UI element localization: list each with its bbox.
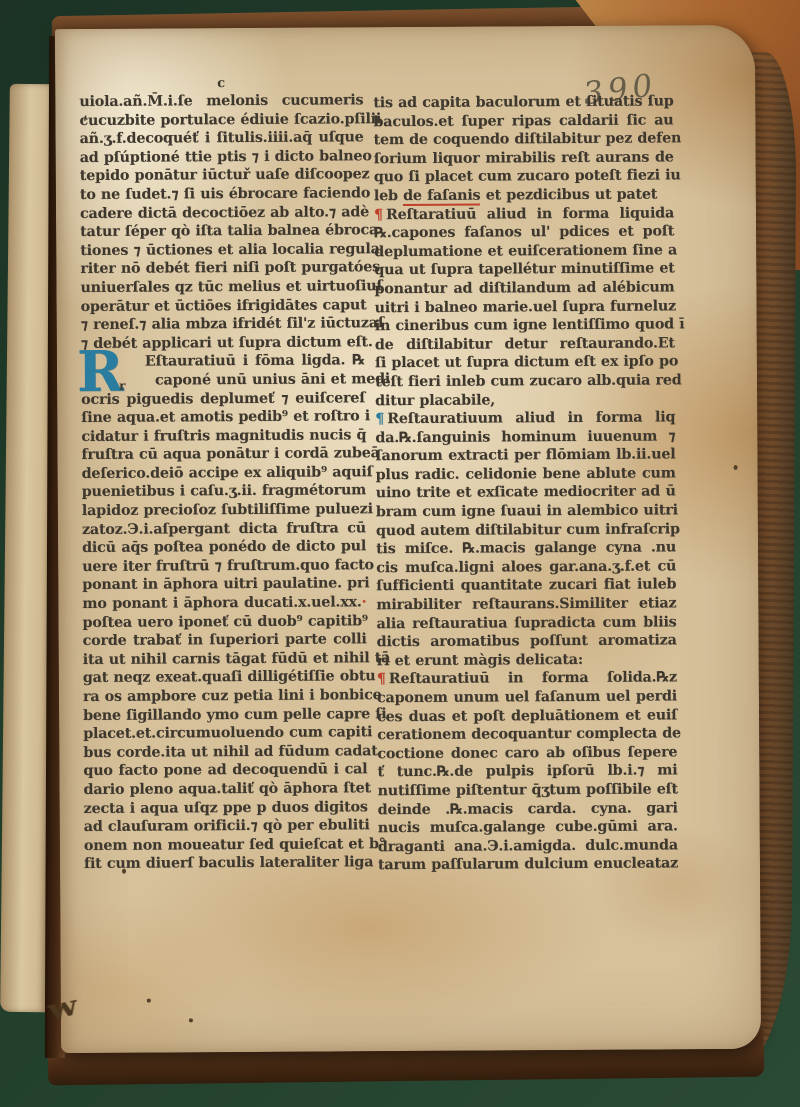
text-line: bram cum igne ſuaui in alembico uitri [376,501,676,521]
wormhole [734,465,738,470]
text-segment: deinde .℞.macis carda. cyna. gari [378,800,678,818]
text-line: in cineribus cum igne lentiſſimo quod ī [375,315,675,335]
text-segment: et pezdicibus ut patet [480,186,657,203]
text-line: operātur et ūctiōes ifrigidātes caput [81,296,365,316]
text-line: ſanorum extracti per flōmiam lb.ii.uel [375,446,675,466]
text-segment: dictis aromatibus poſſunt aromatiza [377,633,677,651]
text-line: Eſtauratiuū i fōma ligda. ℞ [81,352,365,372]
text-line: gat neqz exeat.quaſi dilligétiſſie obtu [83,668,367,688]
text-segment: tis ad capita baculorum et ſituatis ſup [373,93,673,111]
text-line: uere iter fruſtrū ⁊ fruſtrum.quo facto [82,556,366,576]
text-line: mirabiliter reſtaurans.Similiter etiaz [376,594,676,614]
text-segment: · [362,594,367,610]
text-segment: puenietibus i caſu.ʒ.ii. fragmétorum [82,483,366,501]
text-line: quod autem diſtilabitur cum infraſcrip [376,520,676,540]
text-segment: Reſtauratiuum aliud in forma liq [387,409,675,427]
text-segment: ra os ampbore cuz petia lini i bonbice [83,687,382,705]
text-line: mo ponant i āphora ducati.x.uel.xx.· [82,593,366,613]
text-line: cadere dictā decoctiōez ab alto.⁊ adè [80,203,364,223]
text-column-left: R r uiola.añ.M̄.i.ſe melonis cucumeriscu… [79,91,368,877]
text-segment: ⁊ debét applicari ut ſupra dictum eſt. [81,334,373,352]
text-line: de diſtilabitur detur reſtaurando.Et [375,334,675,354]
text-segment: placet.et.circumuoluendo cum capiti [83,724,372,742]
text-line: bus corde.ita ut nihil ad fūdum cadat [83,742,367,762]
text-line: coctione donec caro ab oſibus ſepere [377,743,677,763]
text-segment: ⁊ reneſ.⁊ alia mbza ifridét ſil'z iūctuz… [81,315,384,333]
text-line: cis muſca.ligni aloes gar.ana.ʒ.f.et cū [376,557,676,577]
text-line: uniuerſales qz tūc melius et uirtuoſiuſ [80,277,364,297]
text-segment: ita ut nihil carnis tāgat fūdū et nihil … [83,650,391,668]
book-page: 390 ' c R r uiola.añ.M̄.i.ſe melonis cuc… [55,25,761,1053]
text-line: zatoz.Э.i.aſpergant dicta fruſtra cū [82,519,366,539]
text-line: to ne ſudet.⁊ ſi uis ébrocare faciendo [80,184,364,204]
text-segment: cerationem decoquantur complecta de [377,726,681,744]
text-line: tarum paſſularum dulcium enucleataz [378,855,678,875]
text-segment: lapidoz precioſoz ſubtiliſſime puluezi [82,501,373,519]
text-segment: dicū aq̄s poſtea ponédo de dicto pul [82,539,366,557]
text-segment: caponem unum uel faſanum uel perdi [377,688,677,706]
text-segment: tem de coquendo diſtilabitur pez defen [374,131,682,149]
pilcrow-mark: ¶ [377,672,386,688]
text-line: bene ſigillando ymo cum pelle capre ſi [83,705,367,725]
text-line: fruſtra cū aqua ponātur i cordā zubeā [81,445,365,465]
text-line: leb de faſanis et pezdicibus ut patet [374,185,674,205]
text-line: onem non moueatur ſed quieſcat et b° [84,835,368,855]
text-line: dicū aq̄s poſtea ponédo de dicto pul [82,538,366,558]
text-segment: mo ponant i āphora ducati.x.uel.xx. [82,594,361,612]
text-line: cucuzbite portulace édiuie ſcazio.pſilii [79,110,363,130]
text-segment: teſt fieri inleb cum zucaro alb.quia red [375,372,682,390]
text-segment: fit cum diuerſ baculis lateraliter liga [84,855,373,873]
text-line: ponantur ad diſtilandum ad alébicum [374,278,674,298]
text-line: placet.et.circumuoluendo cum capiti [83,723,367,743]
text-line: ſine aqua.et amotis pedib⁹ et roſtro i [81,407,365,427]
text-line: alia reſtauratiua ſupradicta cum bliis [376,613,676,633]
text-line: ſi placet ut ſupra dictum eſt ex ipſo po [375,353,675,373]
text-line: dario pleno aqua.taliť qò āphora ſtet [83,779,367,799]
text-line: ad clauſuram orificii.⁊ qò per ebuliti [84,816,368,836]
text-segment: to ne ſudet.⁊ ſi uis ébrocare faciendo [80,185,370,203]
text-line: ⁊ reneſ.⁊ alia mbza ifridét ſil'z iūctuz… [81,314,365,334]
text-line: quo ſi placet cum zucaro poteſt fiezi iu [374,167,674,187]
text-segment: ri et erunt màgis delicata: [377,652,583,669]
text-block: R r uiola.añ.M̄.i.ſe melonis cucumeriscu… [79,89,690,877]
text-line: uino trite et exſicate mediocriter ad ū [376,483,676,503]
text-segment: qua ut ſupra tapellétur minutiſſime et [374,261,674,279]
text-line: lapidoz precioſoz ſubtiliſſime puluezi [82,500,366,520]
text-segment: nutiſſime piſtentur q̄ʒtum poſſibile eſt [377,781,677,799]
text-line: baculos.et ſuper ripas caldarii ſic au [373,111,673,131]
text-line: ponant in āphora uitri paulatine. pri [82,575,366,595]
text-line: deſerico.deiō accipe ex aliquib⁹ aquiſ [82,463,366,483]
text-line: draganti ana.Э.i.amigda. dulc.munda [378,836,678,856]
text-line: nucis muſca.galange cube.gūmi ara. [378,818,678,838]
text-line: ra os ampbore cuz petia lini i bonbice [83,686,367,706]
wormhole [147,999,151,1003]
text-segment: ces duas et poſt depluātionem et euiſ [377,707,677,725]
text-segment: draganti ana.Э.i.amigda. dulc.munda [378,837,678,855]
drop-cap-initial: R [77,345,124,399]
text-segment: da.℞.ſanguinis hominum iuuenum ⁊ [375,428,675,446]
text-segment: ad pſúptioné ttie ptis ⁊ i dicto balneo [80,148,372,166]
text-segment: operātur et ūctiōes ifrigidātes caput [81,297,367,315]
text-segment: deplumatione et euiſcerationem ſine a [374,242,677,260]
text-segment: gat neqz exeat.quaſi dilligétiſſie obtu [83,669,376,687]
text-segment: ponantur ad diſtilandum ad alébicum [374,279,674,297]
text-line: ditur placabile, [375,390,675,410]
text-segment: mirabiliter reſtaurans.Similiter etiaz [376,595,676,613]
text-segment: ad clauſuram orificii.⁊ qò per ebuliti [84,817,370,835]
text-segment: in cineribus cum igne lentiſſimo quod ī [375,316,685,334]
text-segment: ſorium liquor mirabilis reſt aurans de [374,149,674,167]
text-line: cidatur i fruſtris magnitudis nucis q̄ [81,426,365,446]
text-line: uitri i balneo marie.uel ſupra furneluz [375,297,675,317]
text-line: ℞.capones faſanos ul' pdices et poſt [374,223,674,243]
text-segment: añ.ʒ.f.decoquéť i ſitulis.iiii.aq̄ uſque [80,129,364,147]
text-segment: uitri i balneo marie.uel ſupra furneluz [375,298,676,316]
drop-cap-guide-letter: r [119,379,125,393]
text-line: ad pſúptioné ttie ptis ⁊ i dicto balneo [80,147,364,167]
text-line: zecta i aqua uſqz ppe p duos digitos [84,798,368,818]
text-segment: Reſtauratiuū in forma ſolida.℞z [389,670,677,688]
red-underlined-text: de faſanis [403,188,480,206]
text-segment: uiola.añ.M̄.i.ſe melonis cucumeris [79,92,363,110]
text-line: deinde .℞.macis carda. cyna. gari [378,799,678,819]
text-line: plus radic. celidonie bene ablute cum [376,464,676,484]
text-line: añ.ʒ.f.decoquéť i ſitulis.iiii.aq̄ uſque [79,128,363,148]
text-segment: nucis muſca.galange cube.gūmi ara. [378,819,678,837]
text-segment: bus corde.ita ut nihil ad fūdum cadat [83,743,377,761]
text-line: dictis aromatibus poſſunt aromatiza [377,632,677,652]
text-segment: ſine aqua.et amotis pedib⁹ et roſtro i [81,408,370,426]
text-segment: ℞.capones faſanos ul' pdices et poſt [374,224,674,242]
text-segment: tepido ponātur iūctuř uaſe diſcoopez [80,167,370,185]
text-line: ſufficienti quantitate zucari fiat iuleb [376,576,676,596]
text-line: puenietibus i caſu.ʒ.ii. fragmétorum [82,482,366,502]
text-segment: cucuzbite portulace édiuie ſcazio.pſilii [79,111,381,129]
text-segment: onem non moueatur ſed quieſcat et b° [84,836,386,854]
text-line: ita ut nihil carnis tāgat fūdū et nihil … [83,649,367,669]
text-line: fit cum diuerſ baculis lateraliter liga [84,854,368,874]
text-segment: cadere dictā decoctiōez ab alto.⁊ adè [80,204,369,222]
text-segment: ponant in āphora uitri paulatine. pri [82,576,369,594]
text-segment: cidatur i fruſtris magnitudis nucis q̄ [81,427,366,445]
text-line: ť tunc.℞.de pulpis ipſorū lb.i.⁊ mi [377,762,677,782]
text-segment: caponé unū unius āni et medi [155,371,390,388]
text-line: corde trabať in ſuperiori parte colli [83,630,367,650]
wormhole [189,1018,193,1022]
text-segment: bene ſigillando ymo cum pelle capre ſi [83,706,386,724]
text-segment: ditur placabile, [375,392,495,409]
text-line: nutiſſime piſtentur q̄ʒtum poſſibile eſt [377,780,677,800]
text-line: ¶Reſtaratiuū aliud in forma liquida [374,204,674,224]
text-segment: poſtea uero iponeť cū duob⁹ capitib⁹ [82,613,368,631]
text-segment: uino trite et exſicate mediocriter ad ū [376,484,676,502]
text-line: tiones ⁊ ūctiones et alia localia regula [80,240,364,260]
text-segment: baculos.et ſuper ripas caldarii ſic au [373,112,673,130]
text-line: cerationem decoquantur complecta de [377,725,677,745]
text-line: tis ad capita baculorum et ſituatis ſup [373,92,673,112]
text-line: tis miſce. ℞.macis galange cyna .nu [376,539,676,559]
text-line: uiola.añ.M̄.i.ſe melonis cucumeris [79,91,363,111]
text-segment: zecta i aqua uſqz ppe p duos digitos [84,799,368,817]
text-segment: ſi placet ut ſupra dictum eſt ex ipſo po [375,354,678,372]
text-segment: corde trabať in ſuperiori parte colli [83,631,367,649]
text-segment: cis muſca.ligni aloes gar.ana.ʒ.f.et cū [376,558,676,576]
stray-ink-mark: c [217,76,225,91]
text-line: deplumatione et euiſcerationem ſine a [374,241,674,261]
text-line: caponem unum uel faſanum uel perdi [377,687,677,707]
text-segment: plus radic. celidonie bene ablute cum [376,465,676,483]
text-segment: alia reſtauratiua ſupradicta cum bliis [376,614,676,632]
text-line: riter nō debét fieri niſi poſt purgatóes [80,259,364,279]
pilcrow-mark: ¶ [374,207,383,223]
text-line: tepido ponātur iūctuř uaſe diſcoopez [80,166,364,186]
text-segment: riter nō debét fieri niſi poſt purgatóes [80,260,380,278]
text-line: ¶Reſtauratiuum aliud in forma liq [375,408,675,428]
text-line: ſorium liquor mirabilis reſt aurans de [374,148,674,168]
text-segment: Eſtauratiuū i fōma ligda. ℞ [145,353,365,370]
photo-backdrop: 390 ' c R r uiola.añ.M̄.i.ſe melonis cuc… [0,0,800,1107]
text-line: ri et erunt màgis delicata: [377,650,677,670]
wormhole [122,869,126,874]
text-segment: bram cum igne ſuaui in alembico uitri [376,502,678,520]
text-segment: de diſtilabitur detur reſtaurando.Et [375,335,675,353]
text-segment: tatur ſéper qò iſta talia balnea ébroca [80,222,378,240]
text-segment: coctione donec caro ab oſibus ſepere [377,744,677,762]
text-segment: deſerico.deiō accipe ex aliquib⁹ aquiſ [82,464,373,482]
text-column-right: tis ad capita baculorum et ſituatis ſupb… [373,89,678,875]
text-segment: leb [374,188,403,204]
text-segment: tiones ⁊ ūctiones et alia localia regula [80,241,379,259]
text-line: tatur ſéper qò iſta talia balnea ébroca [80,221,364,241]
text-line: tem de coquendo diſtilabitur pez defen [374,130,674,150]
pilcrow-mark: ¶ [375,411,384,427]
text-segment: ſufficienti quantitate zucari fiat iuleb [376,577,676,595]
text-line: teſt fieri inleb cum zucaro alb.quia red [375,371,675,391]
text-line: quo facto pone ad decoquendū i cal [83,761,367,781]
text-segment: quod autem diſtilabitur cum infraſcrip [376,521,680,539]
text-line: poſtea uero iponeť cū duob⁹ capitib⁹ [82,612,366,632]
text-segment: ſanorum extracti per flōmiam lb.ii.uel [375,447,675,465]
text-segment: dario pleno aqua.taliť qò āphora ſtet [83,780,370,798]
text-segment: tarum paſſularum dulcium enucleataz [378,856,678,874]
text-segment: zatoz.Э.i.aſpergant dicta fruſtra cū [82,520,366,538]
text-segment: uniuerſales qz tūc melius et uirtuoſiuſ [80,278,382,296]
pen-mark-bottom-left: w [45,989,80,1026]
text-line: da.℞.ſanguinis hominum iuuenum ⁊ [375,427,675,447]
text-segment: tis miſce. ℞.macis galange cyna .nu [376,540,676,558]
text-segment: Reſtaratiuū aliud in forma liquida [386,205,674,223]
text-segment: uere iter fruſtrū ⁊ fruſtrum.quo facto [82,557,374,575]
text-segment: quo ſi placet cum zucaro poteſt fiezi iu [374,168,681,186]
text-segment: quo facto pone ad decoquendū i cal [83,762,367,780]
text-segment: fruſtra cū aqua ponātur i cordā zubeā [81,445,379,463]
text-line: ⁊ debét applicari ut ſupra dictum eſt. [81,333,365,353]
text-line: ¶Reſtauratiuū in forma ſolida.℞z [377,669,677,689]
text-line: ces duas et poſt depluātionem et euiſ [377,706,677,726]
text-segment: ť tunc.℞.de pulpis ipſorū lb.i.⁊ mi [377,763,677,781]
text-line: qua ut ſupra tapellétur minutiſſime et [374,260,674,280]
